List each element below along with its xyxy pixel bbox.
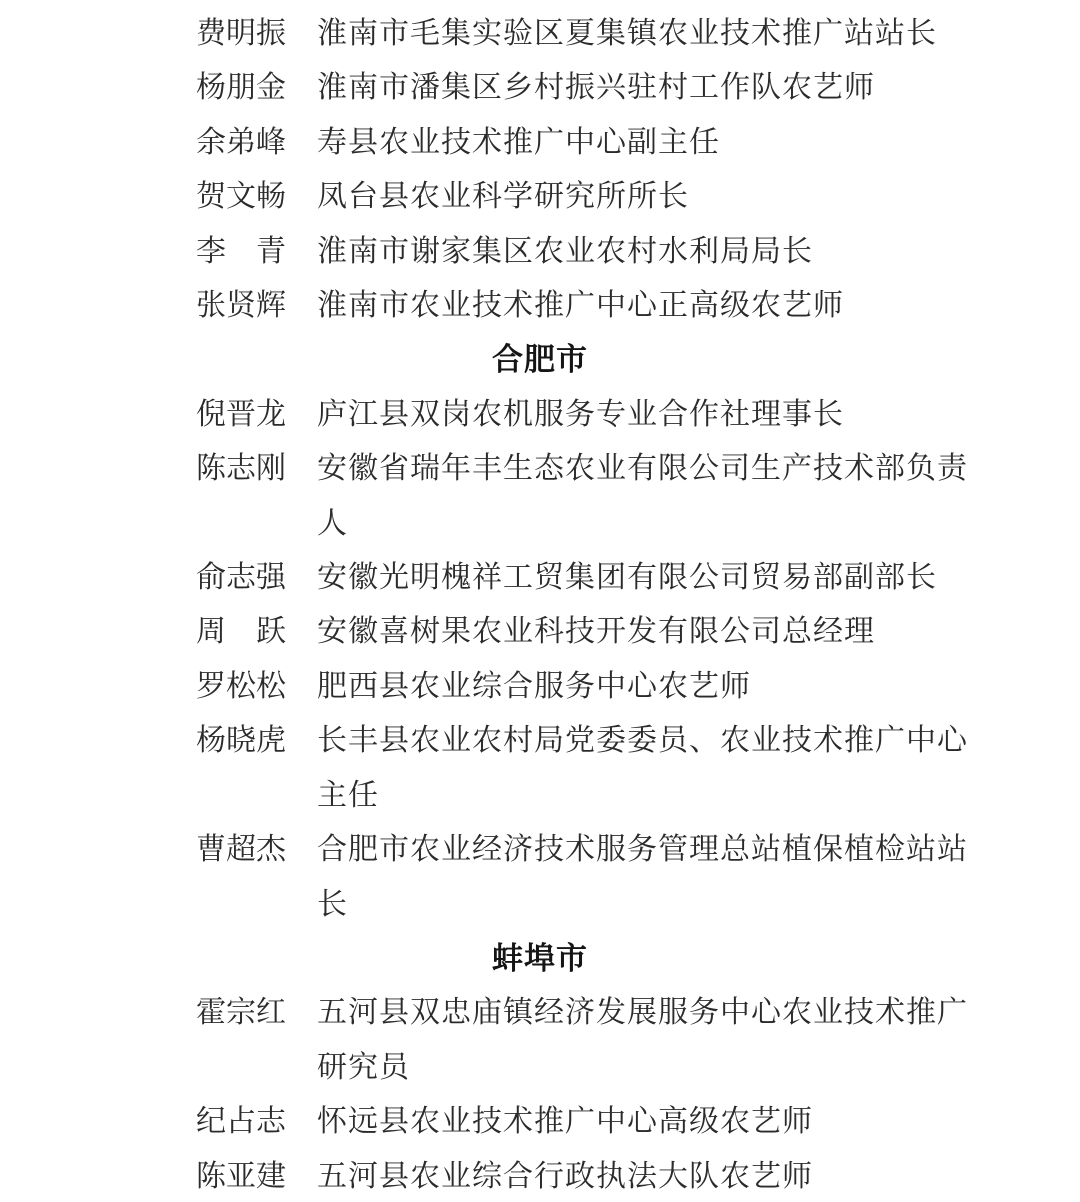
person-name: 李 青 — [196, 225, 286, 279]
person-title: 五河县双忠庙镇经济发展服务中心农业技术推广研究员 — [317, 986, 973, 1095]
person-name: 陈志刚 — [196, 442, 286, 496]
person-title: 寿县农业技术推广中心副主任 — [317, 116, 973, 170]
person-name: 纪占志 — [196, 1095, 286, 1149]
person-title: 淮南市谢家集区农业农村水利局局长 — [317, 225, 973, 279]
roster-row: 曹超杰合肥市农业经济技术服务管理总站植保植检站站长 — [0, 823, 1080, 932]
roster-row: 陈志刚安徽省瑞年丰生态农业有限公司生产技术部负责人 — [0, 442, 1080, 551]
roster-list: 费明振淮南市毛集实验区夏集镇农业技术推广站站长杨朋金淮南市潘集区乡村振兴驻村工作… — [0, 7, 1080, 1202]
roster-row: 倪晋龙庐江县双岗农机服务专业合作社理事长 — [0, 388, 1080, 442]
person-name: 贺文畅 — [196, 170, 286, 224]
roster-row: 周 跃安徽喜树果农业科技开发有限公司总经理 — [0, 605, 1080, 659]
person-name: 俞志强 — [196, 551, 286, 605]
person-title: 怀远县农业技术推广中心高级农艺师 — [317, 1095, 973, 1149]
person-name: 霍宗红 — [196, 986, 286, 1040]
person-title: 五河县农业综合行政执法大队农艺师 — [317, 1150, 973, 1202]
person-title: 长丰县农业农村局党委委员、农业技术推广中心主任 — [317, 714, 973, 823]
person-title: 安徽喜树果农业科技开发有限公司总经理 — [317, 605, 973, 659]
person-name: 杨晓虎 — [196, 714, 286, 768]
person-title: 淮南市潘集区乡村振兴驻村工作队农艺师 — [317, 61, 973, 115]
person-name: 陈亚建 — [196, 1150, 286, 1202]
roster-row: 张贤辉淮南市农业技术推广中心正高级农艺师 — [0, 279, 1080, 333]
roster-row: 贺文畅凤台县农业科学研究所所长 — [0, 170, 1080, 224]
document-page: 费明振淮南市毛集实验区夏集镇农业技术推广站站长杨朋金淮南市潘集区乡村振兴驻村工作… — [0, 0, 1080, 1202]
person-name: 倪晋龙 — [196, 388, 286, 442]
person-name: 杨朋金 — [196, 61, 286, 115]
person-title: 肥西县农业综合服务中心农艺师 — [317, 660, 973, 714]
section-header: 蚌埠市 — [0, 932, 1080, 986]
person-title: 合肥市农业经济技术服务管理总站植保植检站站长 — [317, 823, 973, 932]
section-header: 合肥市 — [0, 333, 1080, 387]
person-name: 余弟峰 — [196, 116, 286, 170]
roster-row: 费明振淮南市毛集实验区夏集镇农业技术推广站站长 — [0, 7, 1080, 61]
roster-row: 陈亚建五河县农业综合行政执法大队农艺师 — [0, 1150, 1080, 1202]
roster-row: 李 青淮南市谢家集区农业农村水利局局长 — [0, 225, 1080, 279]
roster-row: 罗松松肥西县农业综合服务中心农艺师 — [0, 660, 1080, 714]
roster-row: 俞志强安徽光明槐祥工贸集团有限公司贸易部副部长 — [0, 551, 1080, 605]
person-name: 周 跃 — [196, 605, 286, 659]
roster-row: 杨朋金淮南市潘集区乡村振兴驻村工作队农艺师 — [0, 61, 1080, 115]
person-title: 淮南市毛集实验区夏集镇农业技术推广站站长 — [317, 7, 973, 61]
person-title: 淮南市农业技术推广中心正高级农艺师 — [317, 279, 973, 333]
person-name: 费明振 — [196, 7, 286, 61]
person-title: 安徽省瑞年丰生态农业有限公司生产技术部负责人 — [317, 442, 973, 551]
roster-row: 杨晓虎长丰县农业农村局党委委员、农业技术推广中心主任 — [0, 714, 1080, 823]
person-title: 庐江县双岗农机服务专业合作社理事长 — [317, 388, 973, 442]
person-name: 张贤辉 — [196, 279, 286, 333]
person-title: 安徽光明槐祥工贸集团有限公司贸易部副部长 — [317, 551, 973, 605]
person-name: 曹超杰 — [196, 823, 286, 877]
person-name: 罗松松 — [196, 660, 286, 714]
roster-row: 纪占志怀远县农业技术推广中心高级农艺师 — [0, 1095, 1080, 1149]
person-title: 凤台县农业科学研究所所长 — [317, 170, 973, 224]
roster-row: 霍宗红五河县双忠庙镇经济发展服务中心农业技术推广研究员 — [0, 986, 1080, 1095]
roster-row: 余弟峰寿县农业技术推广中心副主任 — [0, 116, 1080, 170]
